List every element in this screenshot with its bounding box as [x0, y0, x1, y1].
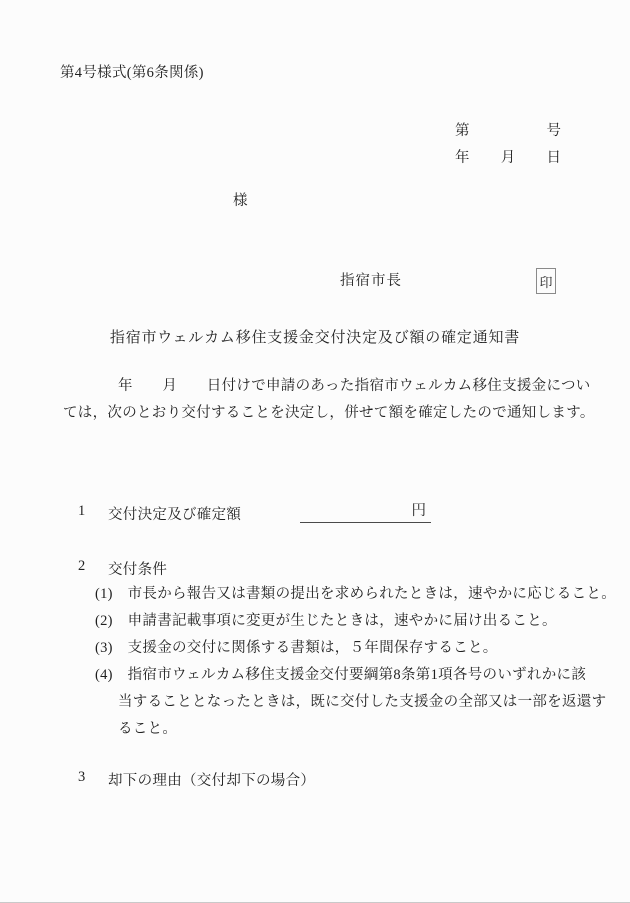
date-year-label: 年	[455, 146, 470, 167]
section-2-heading: 2 交付条件	[78, 558, 167, 579]
condition-item-1: (1) 市長から報告又は書類の提出を求められたときは，速やかに応じること。	[95, 585, 616, 604]
amount-unit-label: 円	[412, 503, 427, 519]
body-paragraph-line2: ては，次のとおり交付することを決定し，併せて額を確定したので通知します。	[63, 404, 595, 423]
doc-number-line: 第 号	[455, 119, 561, 140]
condition-item-3: (3) 支援金の交付に関係する書類は，５年間保存すること。	[95, 639, 498, 658]
section-1-heading: 1 交付決定及び確定額	[78, 503, 241, 524]
amount-blank-field: 円	[300, 500, 431, 523]
notification-document-page: 第4号様式(第6条関係) 第 号 年 月 日 様 指宿市長 印 指宿市ウェルカム…	[0, 0, 630, 903]
date-line: 年 月 日	[455, 146, 561, 167]
section-3-number: 3	[78, 769, 108, 790]
form-number: 第4号様式(第6条関係)	[60, 64, 204, 83]
section-1-number: 1	[78, 503, 108, 524]
addressee-honorific: 様	[233, 192, 248, 211]
doc-number-suffix: 号	[547, 119, 562, 140]
body-paragraph-line1: 年 月 日付けで申請のあった指宿市ウェルカム移住支援金につい	[118, 377, 591, 396]
section-2-label: 交付条件	[108, 558, 167, 579]
condition-item-4-line3: ること。	[118, 720, 177, 739]
sender-title: 指宿市長	[340, 272, 402, 291]
section-3-heading: 3 却下の理由（交付却下の場合）	[78, 769, 315, 790]
condition-item-2: (2) 申請書記載事項に変更が生じたときは，速やかに届け出ること。	[95, 612, 557, 631]
seal-label: 印	[539, 272, 552, 291]
document-title: 指宿市ウェルカム移住支援金交付決定及び額の確定通知書	[0, 326, 630, 347]
section-1-label: 交付決定及び確定額	[108, 503, 241, 524]
condition-item-4-line2: 当することとなったときは，既に交付した支援金の全部又は一部を返還す	[118, 693, 606, 712]
doc-number-prefix: 第	[455, 119, 470, 140]
condition-item-4-line1: (4) 指宿市ウェルカム移住支援金交付要綱第8条第1項各号のいずれかに該	[95, 666, 586, 685]
section-3-label: 却下の理由（交付却下の場合）	[108, 769, 315, 790]
seal-placeholder-box: 印	[536, 268, 556, 294]
section-2-number: 2	[78, 558, 108, 579]
date-month-label: 月	[501, 146, 516, 167]
date-day-label: 日	[547, 146, 562, 167]
